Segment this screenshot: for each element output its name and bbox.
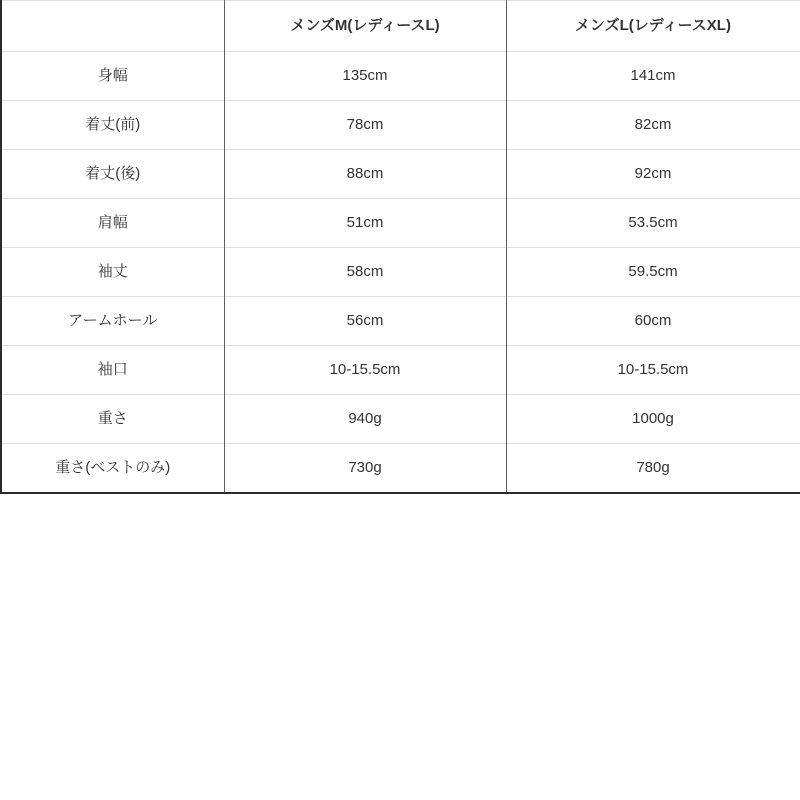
row-label: 重さ(ベストのみ) [1,444,224,494]
measurement-cell-mens-m: 730g [224,444,506,494]
row-label: 袖口 [1,346,224,395]
measurement-cell-mens-l: 141cm [506,52,800,101]
measurement-cell-mens-l: 780g [506,444,800,494]
row-label: 肩幅 [1,199,224,248]
row-label: 着丈(前) [1,101,224,150]
measurement-cell-mens-l: 53.5cm [506,199,800,248]
size-chart-body: 身幅 135cm 141cm 着丈(前) 78cm 82cm 着丈(後) 88c… [1,52,800,494]
size-chart-table: メンズM(レディースL) メンズL(レディースXL) 身幅 135cm 141c… [0,0,800,494]
measurement-cell-mens-m: 58cm [224,248,506,297]
header-cell-blank [1,1,224,52]
measurement-cell-mens-m: 135cm [224,52,506,101]
table-row: 重さ 940g 1000g [1,395,800,444]
table-row: 肩幅 51cm 53.5cm [1,199,800,248]
header-cell-mens-m: メンズM(レディースL) [224,1,506,52]
measurement-cell-mens-m: 51cm [224,199,506,248]
header-row: メンズM(レディースL) メンズL(レディースXL) [1,1,800,52]
table-row: 袖丈 58cm 59.5cm [1,248,800,297]
size-chart-page: メンズM(レディースL) メンズL(レディースXL) 身幅 135cm 141c… [0,0,800,800]
measurement-cell-mens-l: 59.5cm [506,248,800,297]
table-row: 身幅 135cm 141cm [1,52,800,101]
row-label: 身幅 [1,52,224,101]
table-row: 重さ(ベストのみ) 730g 780g [1,444,800,494]
measurement-cell-mens-l: 92cm [506,150,800,199]
measurement-cell-mens-m: 78cm [224,101,506,150]
measurement-cell-mens-m: 56cm [224,297,506,346]
row-label: アームホール [1,297,224,346]
row-label: 袖丈 [1,248,224,297]
table-row: 袖口 10-15.5cm 10-15.5cm [1,346,800,395]
row-label: 重さ [1,395,224,444]
measurement-cell-mens-m: 940g [224,395,506,444]
table-row: 着丈(後) 88cm 92cm [1,150,800,199]
measurement-cell-mens-l: 1000g [506,395,800,444]
header-cell-mens-l: メンズL(レディースXL) [506,1,800,52]
table-row: アームホール 56cm 60cm [1,297,800,346]
measurement-cell-mens-l: 82cm [506,101,800,150]
measurement-cell-mens-l: 60cm [506,297,800,346]
measurement-cell-mens-l: 10-15.5cm [506,346,800,395]
measurement-cell-mens-m: 88cm [224,150,506,199]
row-label: 着丈(後) [1,150,224,199]
table-row: 着丈(前) 78cm 82cm [1,101,800,150]
measurement-cell-mens-m: 10-15.5cm [224,346,506,395]
